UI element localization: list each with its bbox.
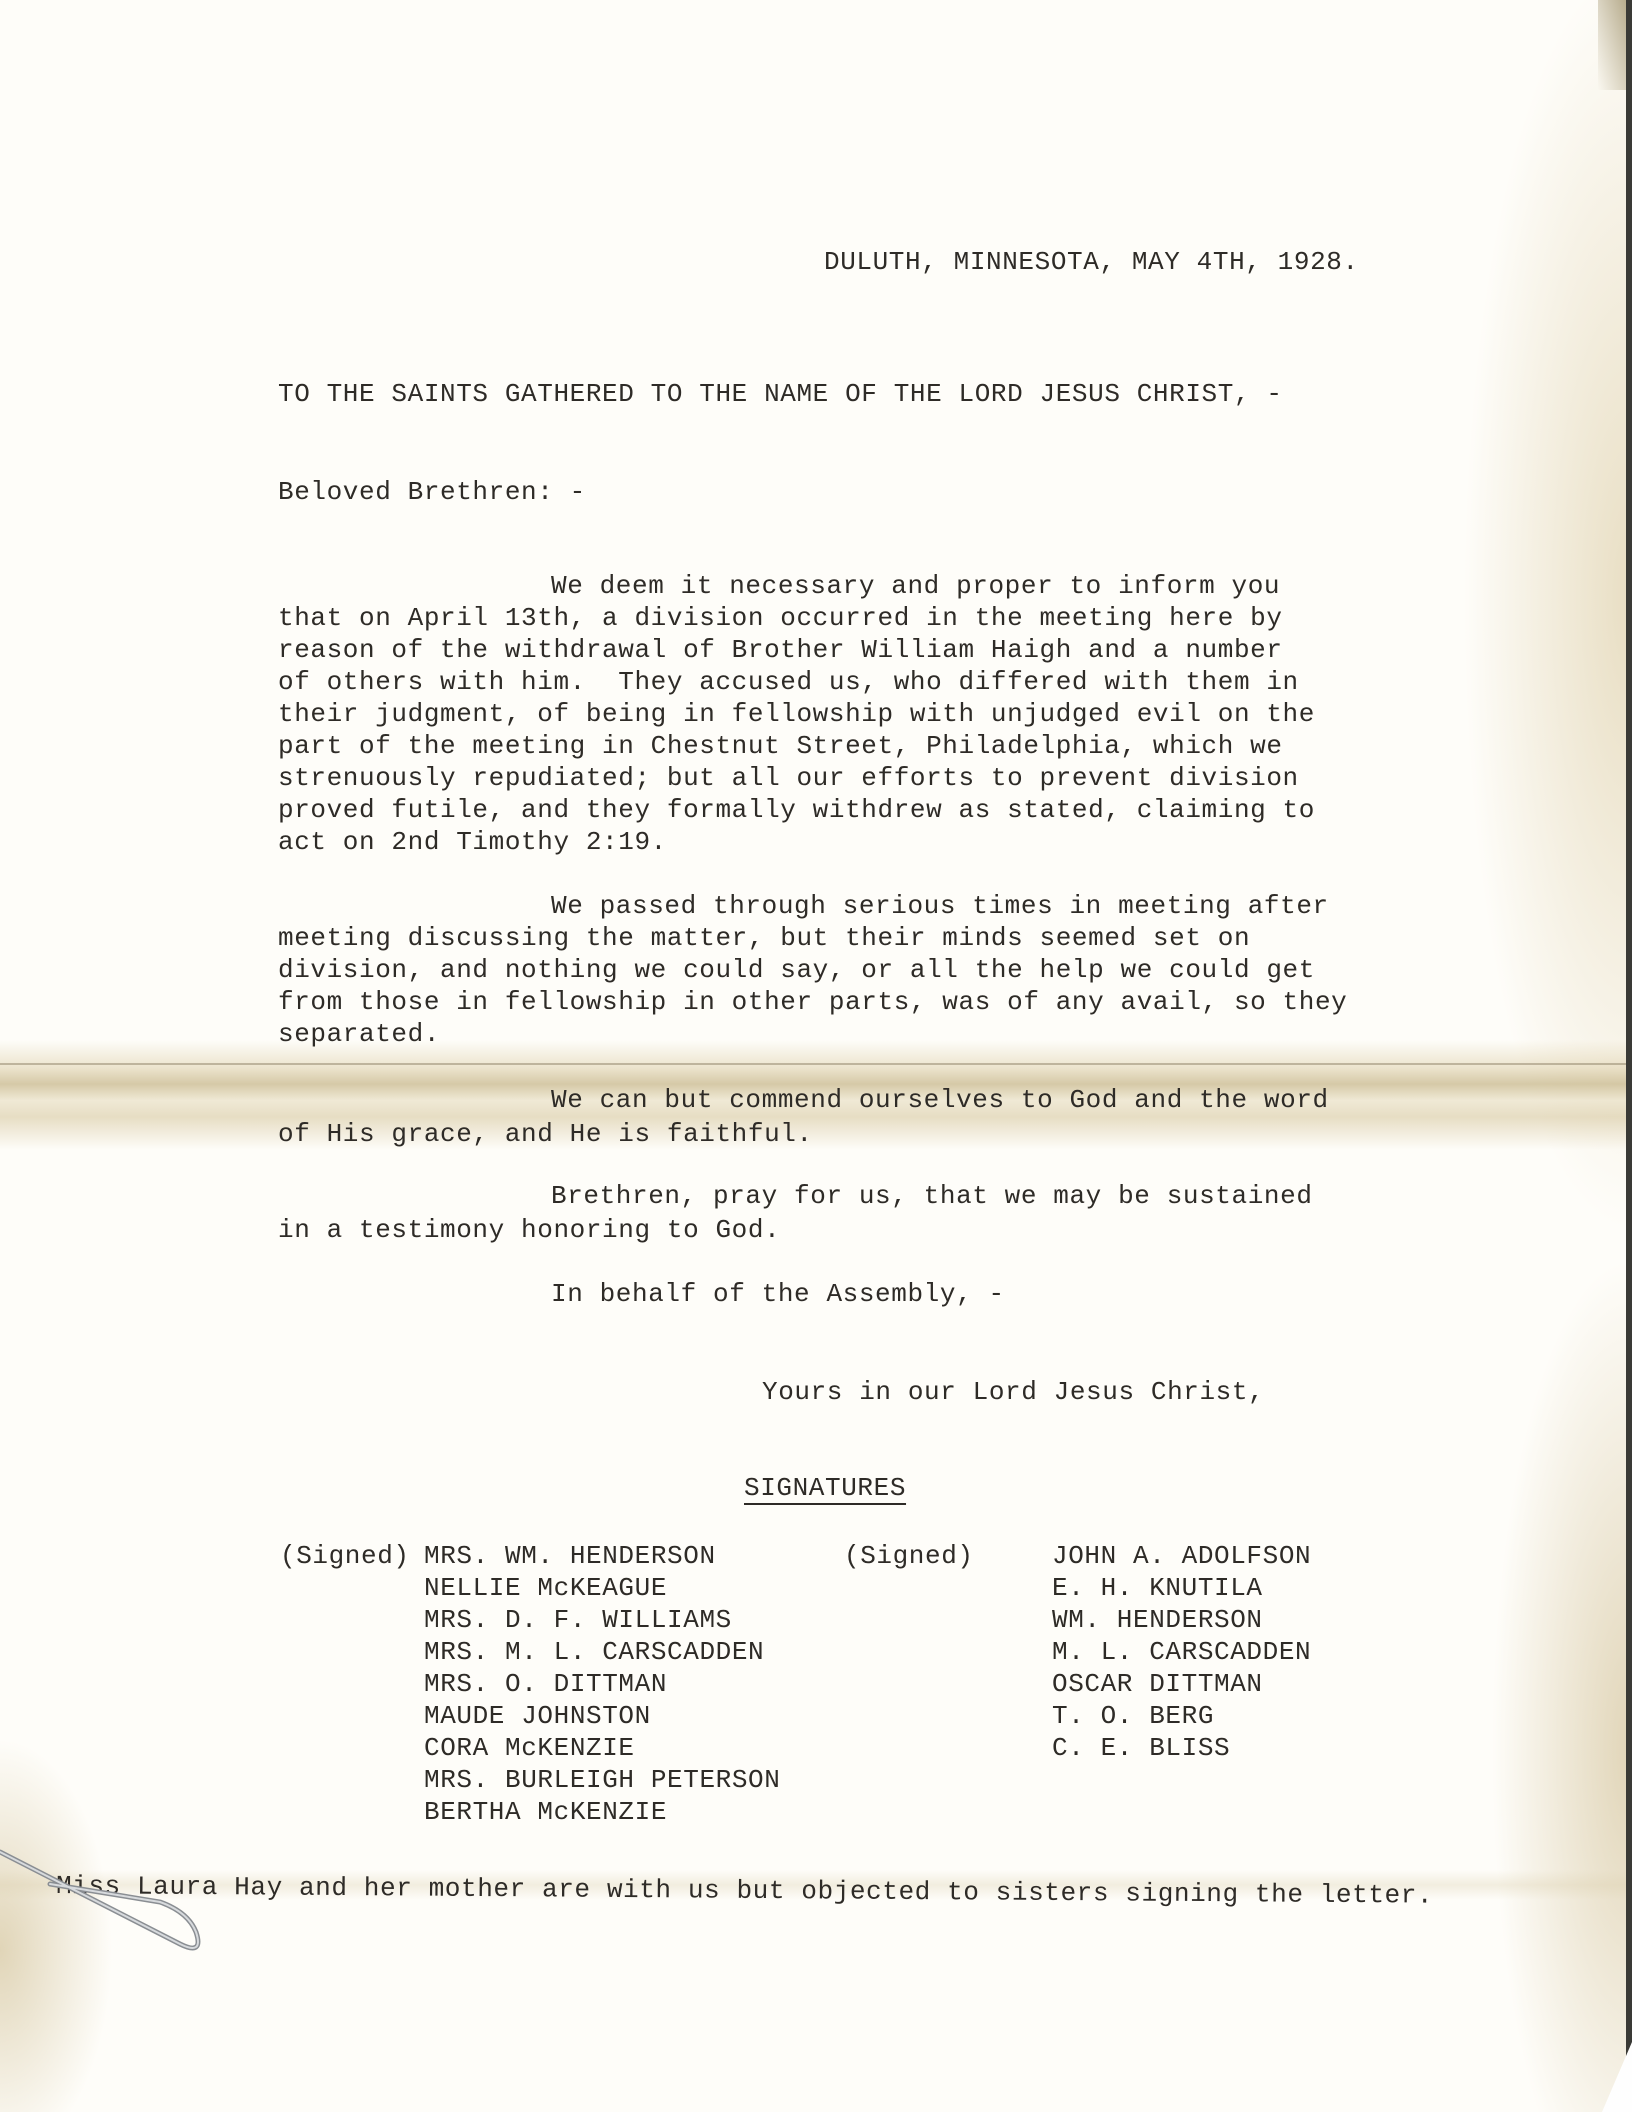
scan-edge — [1626, 0, 1632, 2112]
signature-name: T. O. BERG — [1052, 1700, 1214, 1732]
paragraph-line: of His grace, and He is faithful. — [278, 1118, 813, 1150]
signature-name: BERTHA McKENZIE — [424, 1796, 667, 1828]
signature-name: OSCAR DITTMAN — [1052, 1668, 1263, 1700]
salutation: Beloved Brethren: - — [278, 476, 586, 508]
signature-name: MRS. WM. HENDERSON — [424, 1540, 716, 1572]
signature-name: MRS. M. L. CARSCADDEN — [424, 1636, 764, 1668]
closing-line: Yours in our Lord Jesus Christ, — [762, 1376, 1264, 1408]
paragraph-line: act on 2nd Timothy 2:19. — [278, 826, 667, 858]
paragraph-line: separated. — [278, 1018, 440, 1050]
paragraph-line: strenuously repudiated; but all our effo… — [278, 762, 1299, 794]
signature-name: C. E. BLISS — [1052, 1732, 1230, 1764]
paragraph-line: proved futile, and they formally withdre… — [278, 794, 1315, 826]
signature-name: WM. HENDERSON — [1052, 1604, 1263, 1636]
fold-crease-line — [0, 1063, 1632, 1065]
address-line: TO THE SAINTS GATHERED TO THE NAME OF TH… — [278, 378, 1283, 410]
paragraph-line: division, and nothing we could say, or a… — [278, 954, 1315, 986]
paragraph-line: in a testimony honoring to God. — [278, 1214, 780, 1246]
paragraph-line: part of the meeting in Chestnut Street, … — [278, 730, 1283, 762]
signed-label: (Signed) — [280, 1540, 410, 1572]
signature-name: MRS. D. F. WILLIAMS — [424, 1604, 732, 1636]
paragraph-line: from those in fellowship in other parts,… — [278, 986, 1347, 1018]
signature-name: JOHN A. ADOLFSON — [1052, 1540, 1311, 1572]
paragraph-line: We can but commend ourselves to God and … — [551, 1084, 1329, 1116]
folded-corner-top-right — [1598, 0, 1626, 90]
paperclip-icon — [0, 1840, 220, 1970]
paragraph-line: their judgment, of being in fellowship w… — [278, 698, 1315, 730]
signature-name: NELLIE McKEAGUE — [424, 1572, 667, 1604]
paragraph-line: meeting discussing the matter, but their… — [278, 922, 1250, 954]
paragraph-line: Brethren, pray for us, that we may be su… — [551, 1180, 1313, 1212]
signature-name: CORA McKENZIE — [424, 1732, 635, 1764]
signatures-heading: SIGNATURES — [744, 1472, 906, 1504]
signature-name: E. H. KNUTILA — [1052, 1572, 1263, 1604]
dateline: DULUTH, MINNESOTA, MAY 4TH, 1928. — [824, 246, 1359, 278]
paragraph-line: of others with him. They accused us, who… — [278, 666, 1299, 698]
paragraph-line: reason of the withdrawal of Brother Will… — [278, 634, 1283, 666]
paragraph-line: We deem it necessary and proper to infor… — [551, 570, 1280, 602]
paragraph-line: We passed through serious times in meeti… — [551, 890, 1329, 922]
signature-name: M. L. CARSCADDEN — [1052, 1636, 1311, 1668]
on-behalf-line: In behalf of the Assembly, - — [551, 1278, 1005, 1310]
signature-name: MAUDE JOHNSTON — [424, 1700, 651, 1732]
signature-name: MRS. O. DITTMAN — [424, 1668, 667, 1700]
signature-name: MRS. BURLEIGH PETERSON — [424, 1764, 780, 1796]
paragraph-line: that on April 13th, a division occurred … — [278, 602, 1283, 634]
signed-label: (Signed) — [844, 1540, 974, 1572]
